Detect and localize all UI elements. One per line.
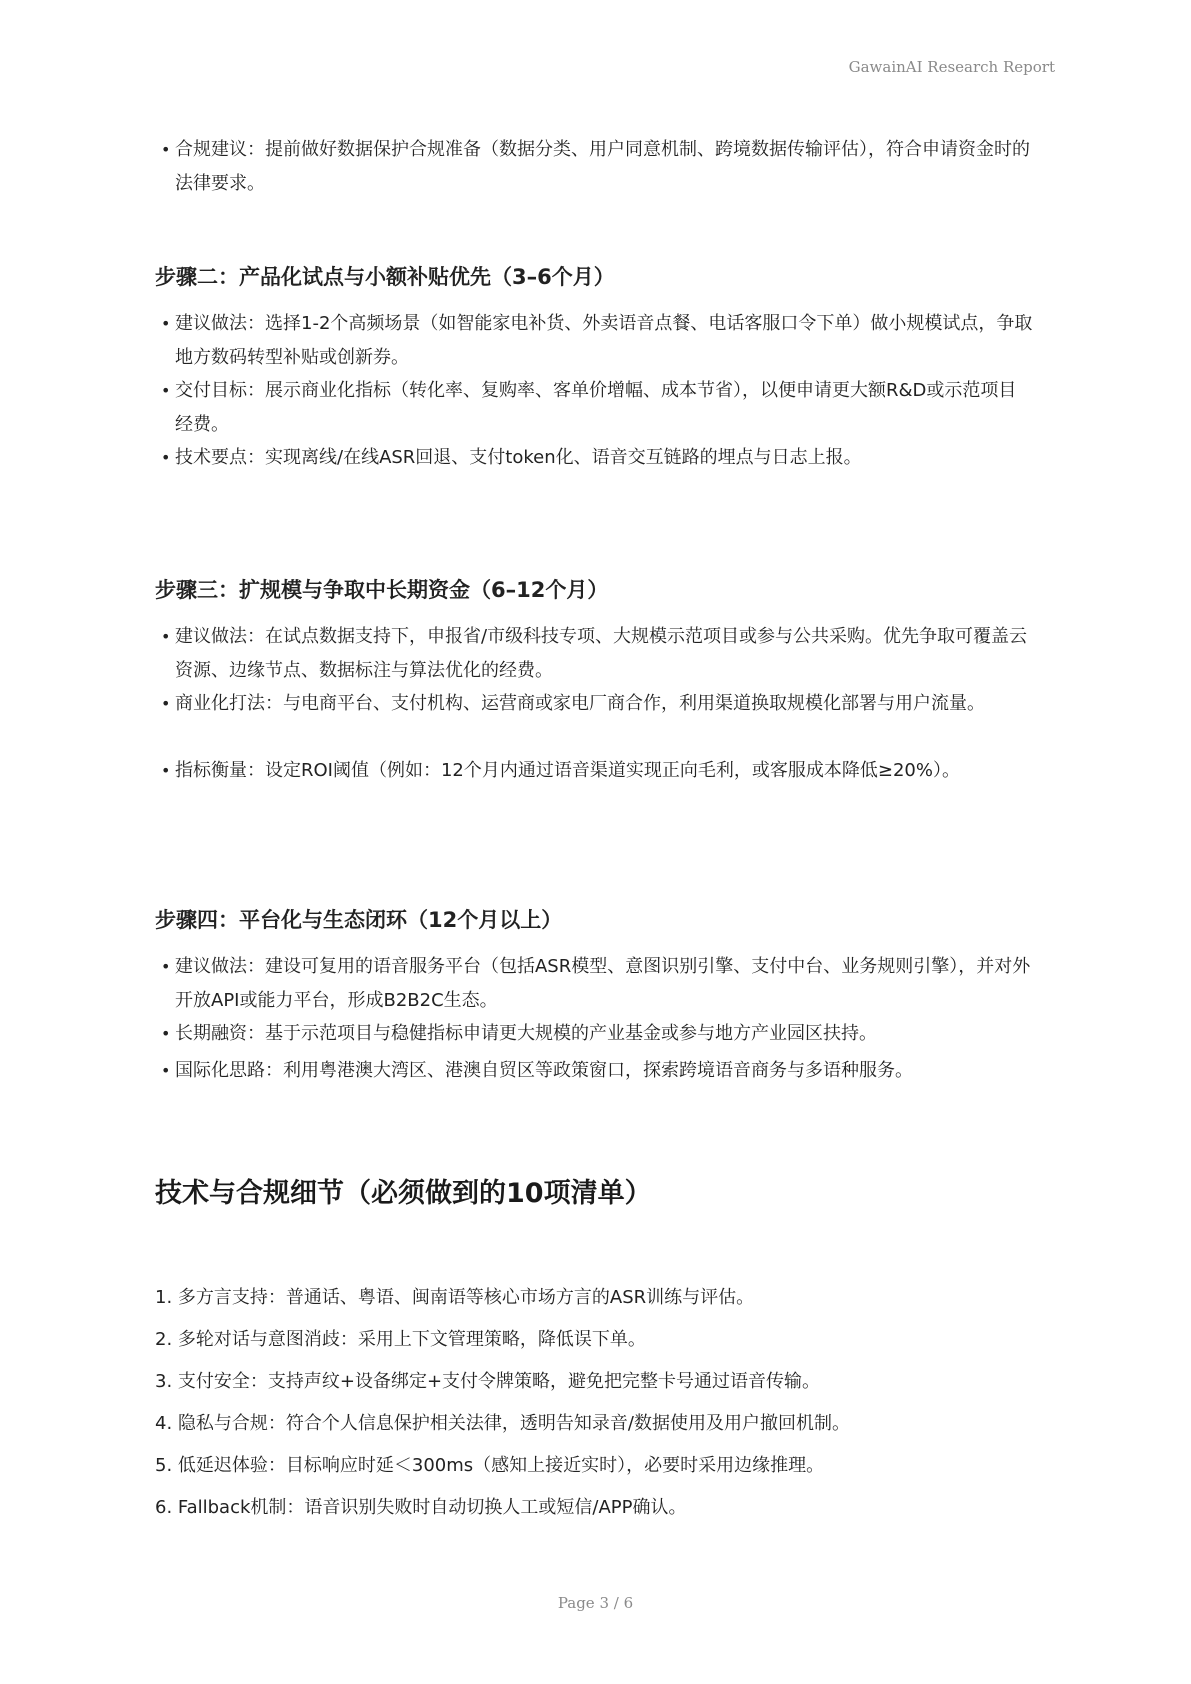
checklist-item: 2. 多轮对话与意图消歧：采用上下文管理策略，降低误下单。 xyxy=(155,1325,1035,1355)
list-item: • 国际化思路：利用粤港澳大湾区、港澳自贸区等政策窗口，探索跨境语音商务与多语种… xyxy=(173,1054,1033,1088)
bullet-icon: • xyxy=(161,133,170,167)
list-item: • 合规建议：提前做好数据保护合规准备（数据分类、用户同意机制、跨境数据传输评估… xyxy=(173,133,1033,201)
list-item: • 技术要点：实现离线/在线ASR回退、支付token化、语音交互链路的埋点与日… xyxy=(173,441,1033,475)
report-header: GawainAI Research Report xyxy=(849,58,1055,76)
checklist-item: 5. 低延迟体验：目标响应时延＜300ms（感知上接近实时），必要时采用边缘推理… xyxy=(155,1451,1035,1481)
step-two-heading: 步骤二：产品化试点与小额补贴优先（3–6个月） xyxy=(155,262,615,292)
bullet-icon: • xyxy=(161,374,170,408)
bullet-icon: • xyxy=(161,1054,170,1088)
bullet-icon: • xyxy=(161,687,170,721)
checklist-item: 1. 多方言支持：普通话、粤语、闽南语等核心市场方言的ASR训练与评估。 xyxy=(155,1283,1035,1313)
page-number: Page 3 / 6 xyxy=(0,1594,1191,1612)
list-item: • 建议做法：建设可复用的语音服务平台（包括ASR模型、意图识别引擎、支付中台、… xyxy=(173,950,1033,1018)
bullet-icon: • xyxy=(161,620,170,654)
bullet-icon: • xyxy=(161,950,170,984)
bullet-icon: • xyxy=(161,307,170,341)
list-item: • 指标衡量：设定ROI阈值（例如：12个月内通过语音渠道实现正向毛利，或客服成… xyxy=(173,754,1033,788)
list-item: • 建议做法：在试点数据支持下，申报省/市级科技专项、大规模示范项目或参与公共采… xyxy=(173,620,1033,688)
step-four-heading: 步骤四：平台化与生态闭环（12个月以上） xyxy=(155,905,562,935)
list-item: • 交付目标：展示商业化指标（转化率、复购率、客单价增幅、成本节省），以便申请更… xyxy=(173,374,1033,442)
checklist-item: 6. Fallback机制：语音识别失败时自动切换人工或短信/APP确认。 xyxy=(155,1493,1035,1523)
list-item: • 长期融资：基于示范项目与稳健指标申请更大规模的产业基金或参与地方产业园区扶持… xyxy=(173,1017,1033,1051)
list-item: • 建议做法：选择1-2个高频场景（如智能家电补货、外卖语音点餐、电话客服口令下… xyxy=(173,307,1033,375)
bullet-icon: • xyxy=(161,1017,170,1051)
section-heading: 技术与合规细节（必须做到的10项清单） xyxy=(155,1175,652,1213)
bullet-icon: • xyxy=(161,441,170,475)
step-three-heading: 步骤三：扩规模与争取中长期资金（6–12个月） xyxy=(155,575,608,605)
checklist-item: 4. 隐私与合规：符合个人信息保护相关法律，透明告知录音/数据使用及用户撤回机制… xyxy=(155,1409,1035,1439)
checklist-item: 3. 支付安全：支持声纹+设备绑定+支付令牌策略，避免把完整卡号通过语音传输。 xyxy=(155,1367,1035,1397)
bullet-icon: • xyxy=(161,754,170,788)
list-item: • 商业化打法：与电商平台、支付机构、运营商或家电厂商合作，利用渠道换取规模化部… xyxy=(173,687,1033,721)
